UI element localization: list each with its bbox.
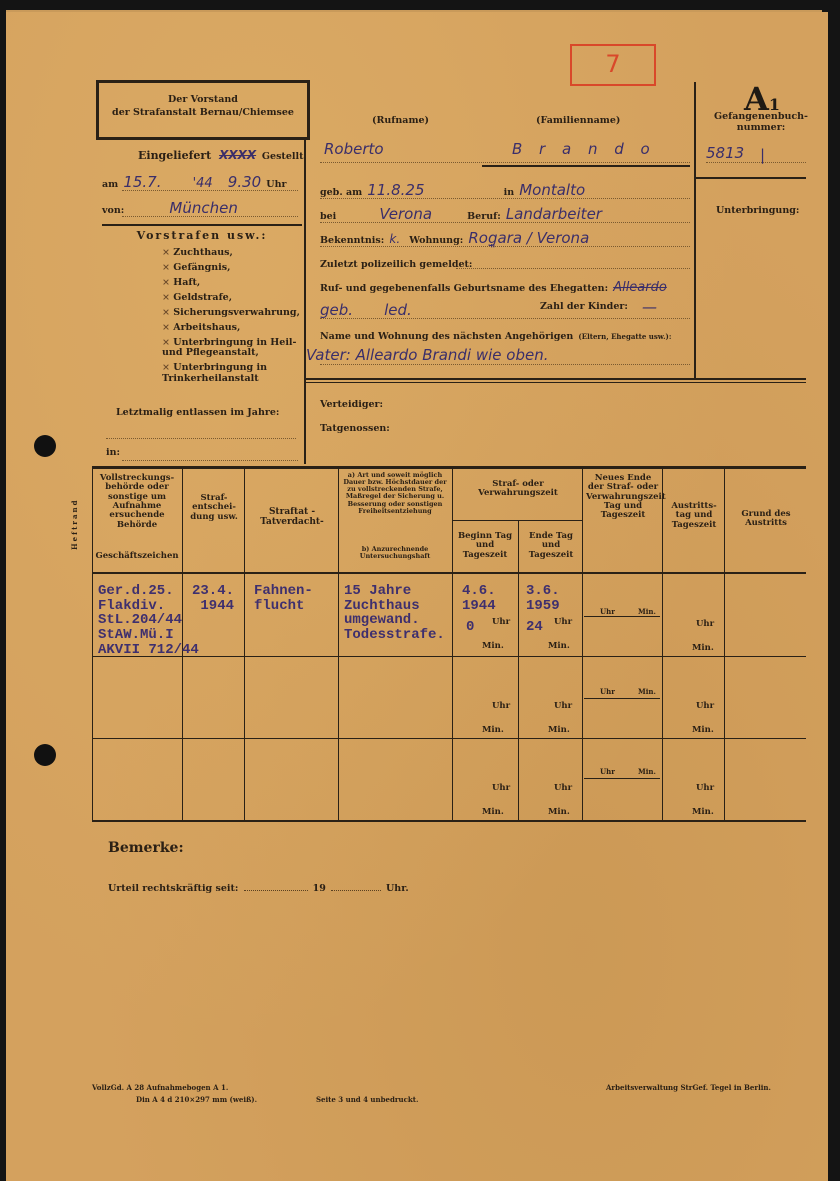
- relatives-row: Name und Wohnung des nächsten Angehörige…: [320, 324, 700, 343]
- last-name-value: B r a n d o: [512, 140, 656, 158]
- header-offense: Straftat -Tatverdacht-: [250, 508, 334, 528]
- row1-authority: Ger.d.25. Flakdiv. StL.204/44 StAW.Mü.I …: [98, 584, 199, 657]
- document-page: 7 Der Vorstand der Strafanstalt Bernau/C…: [6, 12, 828, 1181]
- admission-time: 9.30: [228, 173, 261, 191]
- header-nature: a) Art und soweit möglich Dauer bzw. Höc…: [342, 472, 448, 515]
- in-label: in:: [106, 448, 120, 459]
- admission-from-row: von: München: [102, 198, 298, 217]
- header-exit-reason: Grund des Austritts: [728, 510, 804, 529]
- admission-from: München: [169, 199, 237, 217]
- birth-row: geb. am 11.8.25 in Montalto: [320, 180, 690, 199]
- last-released-label: Letztmalig entlassen im Jahre:: [116, 408, 279, 419]
- spouse-row: Ruf- und gegebenenfalls Geburtsname des …: [320, 276, 698, 295]
- remarks-title: Bemerke:: [108, 840, 184, 856]
- row1-nature: 15 Jahre Zuchthaus umgewand. Todesstrafe…: [344, 584, 445, 643]
- placement-label: Unterbringung:: [716, 206, 799, 217]
- admission-year: '44: [193, 176, 213, 191]
- religion-value: k.: [389, 232, 400, 246]
- header-period: Straf- oder Verwahrungszeit: [456, 480, 580, 499]
- spouse-value: Alleardo: [613, 280, 667, 295]
- authority-line-1: Der Vorstand: [99, 95, 307, 106]
- last-registered-value: ": [490, 242, 496, 256]
- header-decision: Straf-entschei-dung usw.: [190, 494, 238, 522]
- delivered-label: Eingeliefert XXXX Gestellt: [138, 149, 303, 163]
- authority-stamp-box: Der Vorstand der Strafanstalt Bernau/Chi…: [96, 80, 310, 140]
- first-name-label: (Rufname): [372, 116, 429, 127]
- birth-place: Montalto: [519, 181, 585, 199]
- authority-line-2: der Strafanstalt Bernau/Chiemsee: [99, 108, 307, 119]
- row1-end-hour: 24: [526, 620, 543, 635]
- children-value: —: [642, 298, 657, 316]
- header-nature-b: b) Anzurechnende Untersuchungshaft: [342, 546, 448, 560]
- marital-status: led.: [384, 301, 412, 319]
- punch-hole: [34, 744, 56, 766]
- prisoner-book-number: 5813: [706, 144, 744, 162]
- header-begin: Beginn Tag und Tageszeit: [454, 532, 516, 560]
- first-name-value: Roberto: [324, 140, 384, 158]
- last-name-label: (Familienname): [536, 116, 620, 127]
- header-new-end: Neues Ende der Straf- oder Verwahrungsze…: [586, 474, 660, 521]
- row1-decision: 23.4. 1944: [192, 584, 234, 613]
- near-value: Verona: [379, 205, 432, 223]
- page-number-stamp: 7: [570, 44, 656, 86]
- marital-row: geb. led. Zahl der Kinder: —: [320, 300, 690, 319]
- footer-left-line3: Seite 3 und 4 unbedruckt.: [316, 1096, 418, 1104]
- header-authority: Vollstreckungs-behörde oder sonstige um …: [94, 474, 180, 530]
- header-end: Ende Tag und Tageszeit: [520, 532, 582, 560]
- religion-residence-row: Bekenntnis: k. Wohnung: Rogara / Verona: [320, 228, 690, 247]
- page-number: 7: [572, 46, 654, 82]
- prior-sentences-title: Vorstrafen usw.:: [102, 230, 302, 243]
- footer-left-line1: VollzGd. A 28 Aufnahmebogen A 1.: [92, 1084, 228, 1092]
- row1-end-date: 3.6. 1959: [526, 584, 560, 613]
- header-authority-sub: Geschäftszeichen: [94, 552, 180, 561]
- delivered-struck: XXXX: [219, 148, 256, 162]
- accomplices-label: Tatgenossen:: [320, 424, 390, 435]
- judgment-row: Urteil rechtskräftig seit: 19 Uhr.: [108, 876, 468, 895]
- footer-right: Arbeitsverwaltung StrGef. Tegel in Berli…: [606, 1084, 771, 1092]
- punch-hole: [34, 435, 56, 457]
- row1-offense: Fahnen- flucht: [254, 584, 313, 613]
- footer-left-line2: Din A 4 d 210×297 mm (weiß).: [136, 1096, 257, 1104]
- defender-label: Verteidiger:: [320, 400, 383, 411]
- row1-begin-hour: 0: [466, 620, 474, 635]
- admission-date-row: am 15.7. '44 9.30 Uhr: [102, 172, 298, 191]
- prior-sentences-list: × Zuchthaus, × Gefängnis, × Haft, × Geld…: [162, 246, 312, 389]
- birth-date: 11.8.25: [367, 181, 424, 199]
- header-exit: Austritts-tag und Tageszeit: [666, 502, 722, 530]
- near-occupation-row: bei Verona Beruf: Landarbeiter: [320, 204, 690, 223]
- residence-value: Rogara / Verona: [468, 229, 589, 247]
- admission-date: 15.7.: [123, 173, 161, 191]
- margin-label: Heftrand: [62, 498, 81, 550]
- relatives-value: Vater: Alleardo Brandi wie oben.: [306, 346, 549, 364]
- row1-begin-date: 4.6. 1944: [462, 584, 496, 613]
- prisoner-book-label: Gefangenenbuch-nummer:: [706, 112, 816, 134]
- occupation-value: Landarbeiter: [506, 205, 602, 223]
